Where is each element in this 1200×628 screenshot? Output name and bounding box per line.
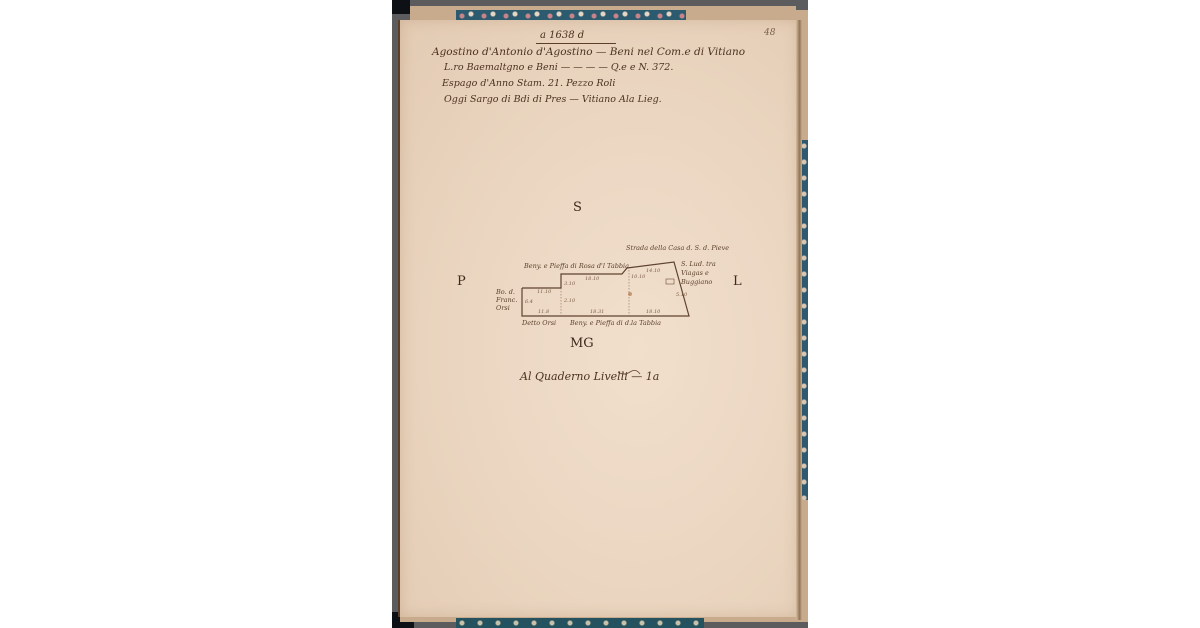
measurement: 11.8: [538, 309, 549, 315]
measurement: 18.10: [585, 276, 599, 282]
boundary-label-bottom: Beny. e Pieffa di d.la Tabbia: [570, 319, 661, 327]
boundary-label-right: S. Lud. tra Viagas e Buggiano: [681, 260, 721, 287]
signature-note: Al Quaderno Livelli — 1a: [520, 370, 659, 383]
measurement: 11.10: [537, 289, 551, 295]
measurement: 10.10: [631, 274, 645, 280]
boundary-label-top: Beny. e Pieffa di Rosa d'l Tabbia: [524, 262, 629, 270]
measurement: 18.10: [646, 309, 660, 315]
measurement: 14.10: [646, 268, 660, 274]
boundary-label-top-right: Strada della Casa d. S. d. Pieve: [626, 244, 729, 252]
measurement: 2.10: [564, 298, 575, 304]
measurement: 6.4: [525, 299, 533, 305]
boundary-label-bottom-left: Detto Orsi: [522, 319, 556, 327]
measurement: 18.31: [590, 309, 604, 315]
measurement: 5.10: [676, 292, 687, 298]
boundary-label-left: Bo. d. Franc. Orsi: [496, 288, 520, 312]
measurement: 3.10: [564, 281, 575, 287]
